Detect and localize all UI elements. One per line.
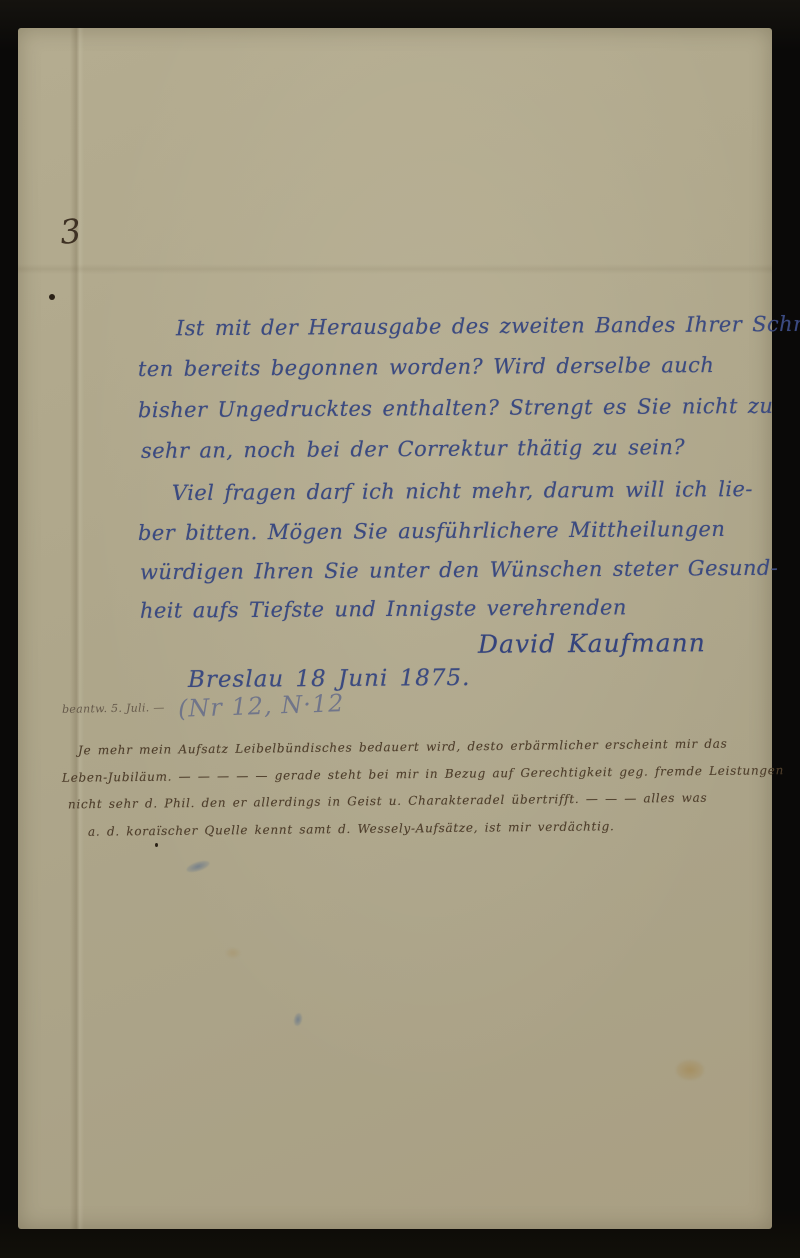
paper-stain — [226, 948, 240, 958]
number-note: (Nr 12, N·12 — [178, 689, 345, 723]
letter-line: ten bereits begonnen worden? Wird dersel… — [138, 353, 714, 381]
letter-scan: 3 Ist mit der Herausgabe des zweiten Ban… — [0, 0, 800, 1258]
paper-stain — [676, 1060, 704, 1080]
letter-line: bisher Ungedrucktes enthalten? Strengt e… — [138, 394, 773, 422]
ink-speck — [49, 294, 55, 300]
signature: David Kaufmann — [478, 628, 706, 659]
letter-line: Ist mit der Herausgabe des zweiten Bande… — [176, 312, 800, 341]
page-number: 3 — [58, 211, 83, 252]
letter-line: Viel fragen darf ich nicht mehr, darum w… — [172, 477, 753, 505]
reply-note: beantw. 5. Juli. — — [62, 701, 165, 716]
paper-fold-crease — [70, 28, 84, 1229]
letter-line: heit aufs Tiefste und Innigste verehrend… — [140, 595, 627, 622]
letter-line: sehr an, noch bei der Correktur thätig z… — [141, 435, 685, 463]
letter-line: würdigen Ihren Sie unter den Wünschen st… — [140, 556, 778, 584]
letter-line: ber bitten. Mögen Sie ausführlichere Mit… — [138, 517, 725, 545]
ink-speck — [155, 843, 158, 847]
paper-fold-crease-horizontal — [18, 264, 772, 274]
